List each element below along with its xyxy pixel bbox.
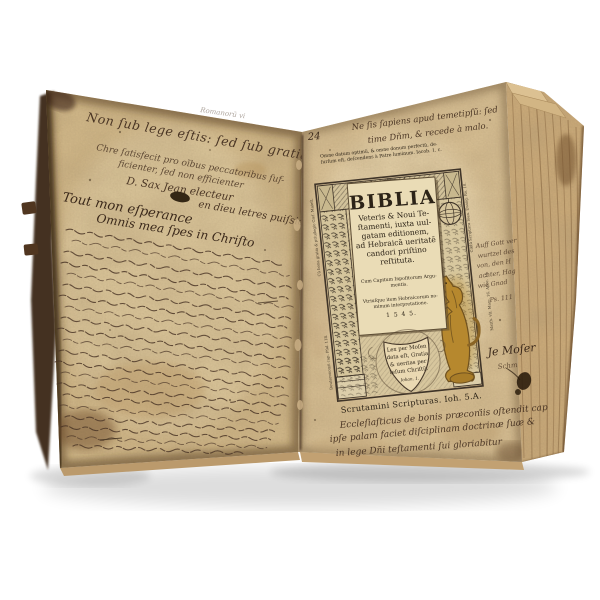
right-corner-mark: 24 — [306, 131, 320, 143]
title-panel: BIBLIA Veteris & Noui Te- ſtamenti, iuxt… — [347, 177, 448, 337]
photo-of-antique-book: Romanorū vi Non ſub lege eſtis: ſed ſub … — [0, 0, 600, 600]
left-page: Romanorū vi Non ſub lege eſtis: ſed ſub … — [36, 80, 316, 480]
book-photo-canvas: Romanorū vi Non ſub lege eſtis: ſed ſub … — [0, 0, 600, 600]
